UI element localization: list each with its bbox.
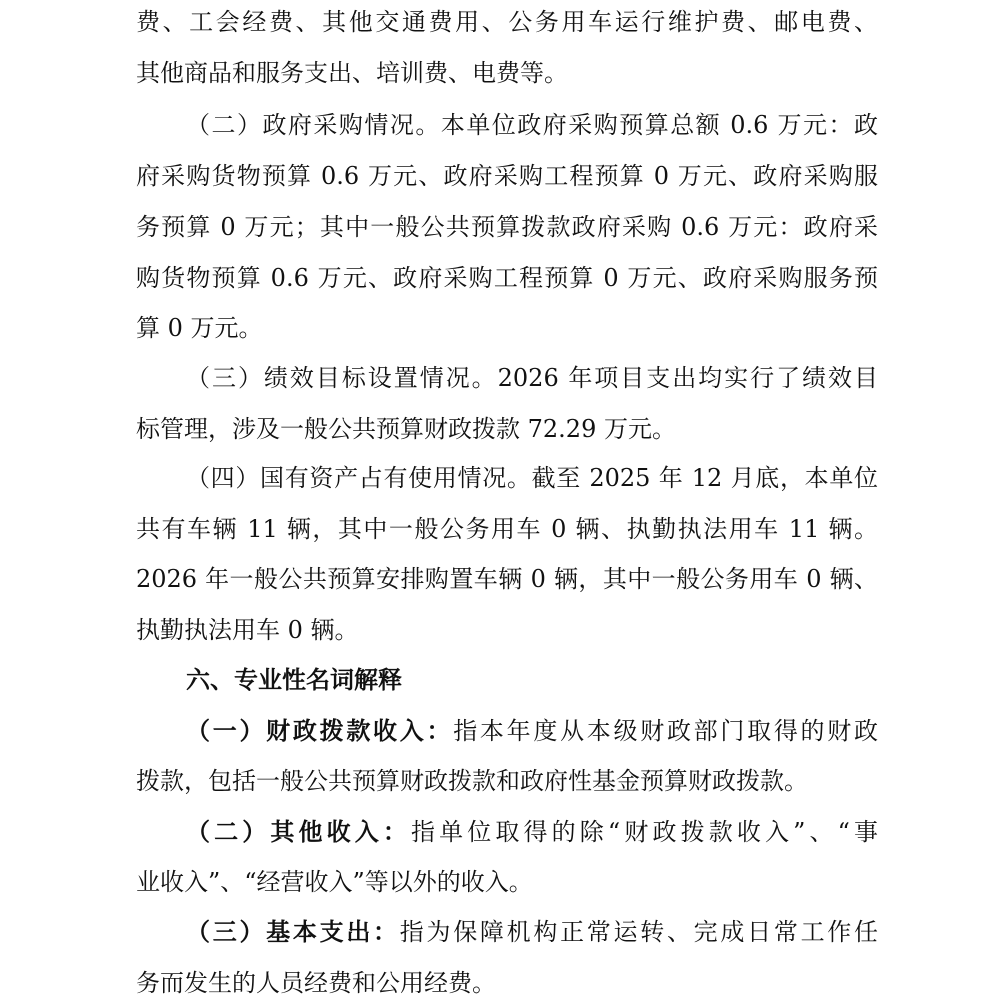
term-definition-first-line: （一）财政拨款收入：指本年度从本级财政部门取得的财政 xyxy=(186,711,878,751)
term-label: （二）其他收入： xyxy=(186,817,411,846)
paragraph-line: 2026 年一般公共预算安排购置车辆 0 辆，其中一般公务用车 0 辆、 xyxy=(136,559,878,599)
paragraph-line: 购货物预算 0.6 万元、政府采购工程预算 0 万元、政府采购服务预 xyxy=(136,258,878,298)
procurement-heading: （二）政府采购情况。 xyxy=(186,111,441,139)
paragraph-line: 其他商品和服务支出、培训费、电费等。 xyxy=(136,53,878,93)
performance-heading: （三）绩效目标设置情况。 xyxy=(186,364,498,392)
paragraph-line: 费、工会经费、其他交通费用、公务用车运行维护费、邮电费、 xyxy=(136,2,878,42)
assets-heading: （四）国有资产占有使用情况。 xyxy=(186,464,532,492)
paragraph-line: 标管理，涉及一般公共预算财政拨款 72.29 万元。 xyxy=(136,409,878,449)
paragraph-line: 算 0 万元。 xyxy=(136,308,878,348)
paragraph-line: 共有车辆 11 辆，其中一般公务用车 0 辆、执勤执法用车 11 辆。 xyxy=(136,509,878,549)
term-label: （一）财政拨款收入： xyxy=(186,716,453,745)
performance-paragraph-first-line: （三）绩效目标设置情况。2026 年项目支出均实行了绩效目 xyxy=(186,358,878,398)
term-definition-first-line: （二）其他收入：指单位取得的除“财政拨款收入”、“事 xyxy=(186,812,878,852)
term-label: （三）基本支出： xyxy=(186,917,400,946)
assets-paragraph-first-line: （四）国有资产占有使用情况。截至 2025 年 12 月底，本单位 xyxy=(186,458,878,498)
paragraph-line: 务预算 0 万元；其中一般公共预算拨款政府采购 0.6 万元：政府采 xyxy=(136,207,878,247)
paragraph-line: 拨款，包括一般公共预算财政拨款和政府性基金预算财政拨款。 xyxy=(136,761,878,801)
section-title: 六、专业性名词解释 xyxy=(186,660,878,700)
term-definition-first-line: （三）基本支出：指为保障机构正常运转、完成日常工作任 xyxy=(186,912,878,952)
paragraph-line: 府采购货物预算 0.6 万元、政府采购工程预算 0 万元、政府采购服 xyxy=(136,156,878,196)
paragraph-line: 业收入”、“经营收入”等以外的收入。 xyxy=(136,862,878,902)
paragraph-line: 执勤执法用车 0 辆。 xyxy=(136,610,878,650)
procurement-paragraph-first-line: （二）政府采购情况。本单位政府采购预算总额 0.6 万元：政 xyxy=(186,105,878,145)
paragraph-line: 务而发生的人员经费和公用经费。 xyxy=(136,963,878,1002)
